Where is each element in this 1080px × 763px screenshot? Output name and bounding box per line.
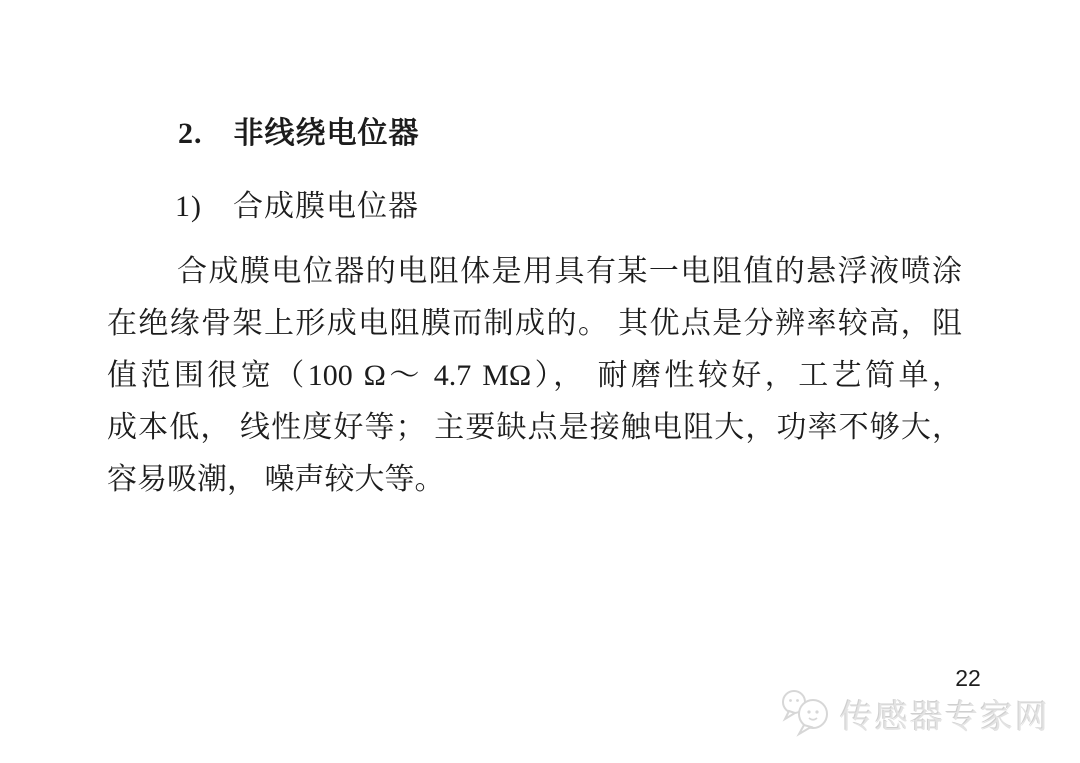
chat-bubbles-icon: [780, 688, 832, 740]
watermark: 传感器专家网: [780, 688, 1050, 740]
slide: 2. 非线绕电位器 1) 合成膜电位器 合成膜电位器的电阻体是用具有某一电阻值的…: [0, 0, 1080, 763]
paragraph-line: 在绝缘骨架上形成电阻膜而制成的。 其优点是分辨率较高，阻: [107, 298, 962, 350]
paragraph-line: 值范围很宽（100 Ω～ 4.7 MΩ）， 耐磨性较好，工艺简单，: [107, 350, 962, 402]
slide-heading: 2. 非线绕电位器: [178, 108, 420, 152]
watermark-text: 传感器专家网: [840, 691, 1050, 738]
paragraph-line: 成本低， 线性度好等； 主要缺点是接触电阻大，功率不够大，: [107, 402, 962, 454]
paragraph-line: 容易吸潮， 噪声较大等。: [107, 454, 962, 506]
paragraph-line: 合成膜电位器的电阻体是用具有某一电阻值的悬浮液喷涂: [107, 246, 962, 298]
slide-subheading: 1) 合成膜电位器: [175, 181, 419, 225]
body-paragraph: 合成膜电位器的电阻体是用具有某一电阻值的悬浮液喷涂 在绝缘骨架上形成电阻膜而制成…: [107, 246, 962, 506]
